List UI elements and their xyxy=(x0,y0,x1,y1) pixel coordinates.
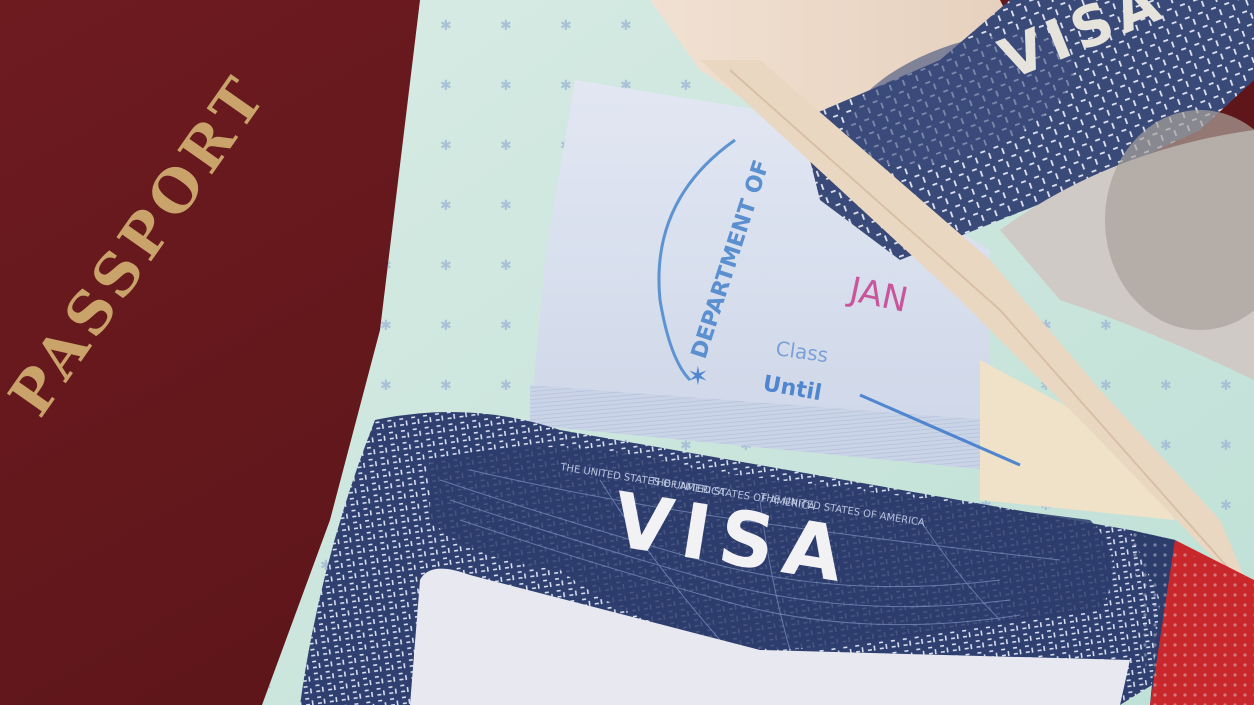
star-icon: ✶ xyxy=(687,362,709,392)
passport-visa-photo: ✱ DEPARTMENT OF Class Until JAN ✶ xyxy=(0,0,1254,705)
photo-canvas: ✱ DEPARTMENT OF Class Until JAN ✶ xyxy=(0,0,1254,705)
